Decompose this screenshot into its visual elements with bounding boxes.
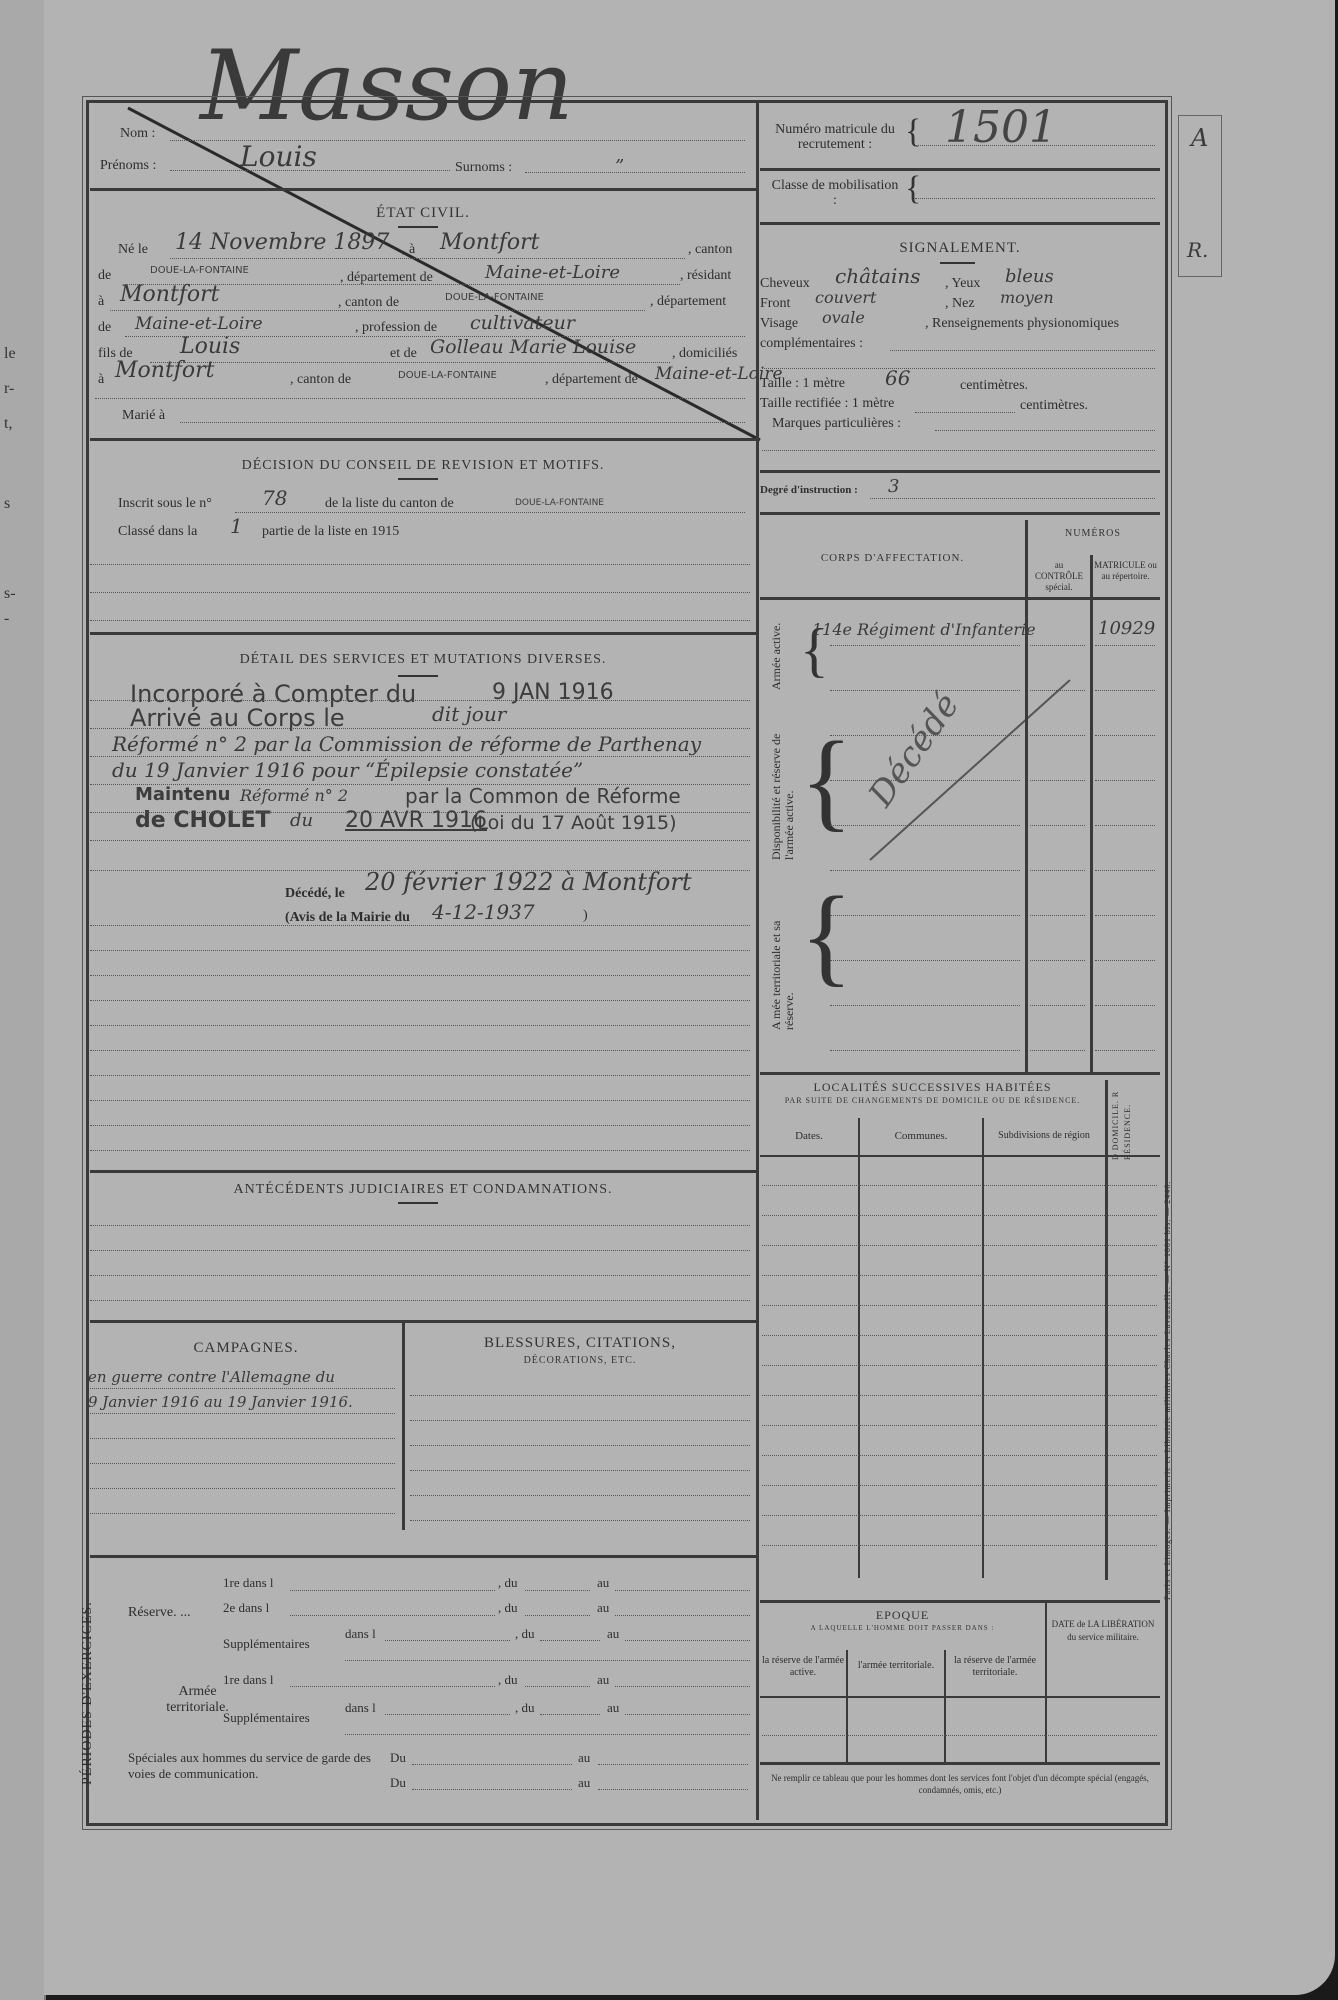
col-dates: Dates. <box>760 1130 858 1142</box>
profession-value: cultivateur <box>470 312 575 334</box>
classe-label: Classe de mobilisation : <box>770 178 900 208</box>
periode-du: , du <box>498 1672 518 1688</box>
col-communes: Communes. <box>860 1130 982 1142</box>
a3-label: à <box>98 372 104 388</box>
blessures-subtitle: DÉCORATIONS, ETC. <box>405 1355 755 1366</box>
etat-civil-title: ÉTAT CIVIL. <box>90 205 756 222</box>
index-tab: A R. <box>1178 115 1222 277</box>
prenoms-value: Louis <box>240 140 317 173</box>
centimetres-label: centimètres. <box>1020 398 1088 414</box>
centimetres-label: centimètres. <box>960 378 1028 394</box>
inscrit-value: 78 <box>262 486 287 510</box>
yeux-label: , Yeux <box>945 276 980 292</box>
localites-subtitle: PAR SUITE DE CHANGEMENTS DE DOMICILE OU … <box>760 1096 1105 1105</box>
nez-label: , Nez <box>945 296 975 312</box>
maintenu-label: Maintenu <box>135 784 230 805</box>
col-matricule-label: MATRICULE ou au répertoire. <box>1093 560 1158 582</box>
brace-icon: { <box>800 880 853 990</box>
maintenu-value: Réformé n° 2 <box>240 786 348 805</box>
column-divider <box>756 103 759 1820</box>
canton3-stamp: DOUE-LA-FONTAINE <box>398 370 497 381</box>
et-de-label: et de <box>390 346 417 362</box>
periode-au: au <box>597 1672 609 1688</box>
periode-au: au <box>607 1700 619 1716</box>
loi-label: (Loi du 17 Août 1915) <box>470 812 677 834</box>
matricule-label: Numéro matricule du recrutement : <box>770 122 900 152</box>
epoque-col-reserve-territoriale: la réserve de l'armée territoriale. <box>946 1655 1044 1679</box>
periode-au: au <box>597 1575 609 1591</box>
periode-au: au <box>597 1600 609 1616</box>
front-label: Front <box>760 296 790 312</box>
periode-sub: dans l <box>345 1626 376 1642</box>
decede-label: Décédé, le <box>285 886 345 902</box>
speciales-label: Spéciales aux hommes du service de garde… <box>128 1750 378 1782</box>
de2-label: de <box>98 320 111 336</box>
domicilies-label: , domiciliés <box>672 346 737 362</box>
a2-label: à <box>98 294 104 310</box>
brace-icon: { <box>905 172 921 206</box>
departement3-label: , département de <box>545 372 638 388</box>
services-title: DÉTAIL DES SERVICES ET MUTATIONS DIVERSE… <box>90 652 756 668</box>
epoque-note: Ne remplir ce tableau que pour les homme… <box>765 1772 1155 1796</box>
domicile-value: Montfort <box>115 358 215 383</box>
partie-label: partie de la liste en 1915 <box>262 524 399 540</box>
decision-title: DÉCISION DU CONSEIL DE REVISION ET MOTIF… <box>90 458 756 474</box>
periode-du: , du <box>515 1626 535 1642</box>
reforme-line2: du 19 Janvier 1916 pour “Épilepsie const… <box>112 758 583 782</box>
degre-instruction-label: Degré d'instruction : <box>760 484 858 496</box>
canton-de-label: , canton de <box>338 295 399 311</box>
profession-label: , profession de <box>355 320 437 336</box>
departement-value: Maine-et-Loire <box>485 262 620 283</box>
visage-value: ovale <box>822 308 865 327</box>
avis-value: 4-12-1937 <box>432 900 535 924</box>
epoque-title: EPOQUE <box>760 1608 1045 1623</box>
canton-stamp: DOUE-LA-FONTAINE <box>150 265 249 276</box>
corps-title: CORPS D'AFFECTATION. <box>760 552 1025 564</box>
departement2-value: Maine-et-Loire <box>135 314 263 334</box>
campagnes-line1: en guerre contre l'Allemagne du <box>88 1368 335 1386</box>
arrive-value: dit jour <box>432 702 506 726</box>
armee-active-matricule: 10929 <box>1098 618 1155 639</box>
front-value: couvert <box>815 288 876 307</box>
armee-active-value: 114e Régiment d'Infanterie <box>812 620 1036 639</box>
residant-label: , résidant <box>680 268 731 284</box>
marie-label: Marié à <box>122 408 165 424</box>
classe-dans-value: 1 <box>230 514 243 538</box>
avis-close: ) <box>583 908 588 924</box>
liste-canton-stamp: DOUE-LA-FONTAINE <box>515 498 604 508</box>
avis-label: (Avis de la Mairie du <box>285 910 410 926</box>
taille-label: Taille : 1 mètre <box>760 376 845 392</box>
brace-icon: { <box>905 115 921 149</box>
epoque-subtitle: A LAQUELLE L'HOMME DOIT PASSER DANS : <box>760 1624 1045 1632</box>
periode-row-label: Supplémentaires <box>223 1636 310 1652</box>
periode-du: , du <box>498 1600 518 1616</box>
classe-dans-label: Classé dans la <box>118 524 197 540</box>
incorpore-date: 9 JAN 1916 <box>492 680 614 705</box>
epoque-col-territoriale: l'armée territoriale. <box>848 1660 944 1672</box>
complementaires-label: complémentaires : <box>760 336 863 352</box>
campagnes-line2: 9 Janvier 1916 au 19 Janvier 1916. <box>88 1393 353 1411</box>
periodes-side-label: PÉRIODES D'EXERCICES. <box>80 1601 96 1785</box>
a-label: , à <box>402 242 415 258</box>
localites-title: LOCALITÉS SUCCESSIVES HABITÉES <box>760 1080 1105 1095</box>
periode-row-label: Du <box>390 1750 406 1766</box>
de-label: de <box>98 268 111 284</box>
visage-label: Visage <box>760 316 798 332</box>
disponibilite-label: Disponibilité et réserve de l'armée acti… <box>770 710 796 860</box>
cholet-du: du <box>290 810 313 831</box>
yeux-value: bleus <box>1005 266 1054 287</box>
col-subdivisions: Subdivisions de région <box>984 1130 1104 1141</box>
liste-label: de la liste du canton de <box>325 496 454 512</box>
tab-letter-a: A <box>1191 124 1208 152</box>
surnoms-value: ” <box>615 156 624 177</box>
taille-value: 66 <box>885 366 910 390</box>
ne-le-label: Né le <box>118 242 148 258</box>
commission-label: par la Common de Réforme <box>405 784 681 808</box>
canton-label: , canton <box>688 242 732 258</box>
printer-imprint: Paris et Limoges. — Imprimerie et Librai… <box>1163 1181 1172 1600</box>
antecedents-title: ANTÉCÉDENTS JUDICIAIRES ET CONDAMNATIONS… <box>90 1182 756 1198</box>
epoque-col-reserve-active: la réserve de l'armée active. <box>760 1655 846 1679</box>
birth-place: Montfort <box>440 230 540 255</box>
cheveux-value: châtains <box>835 264 921 288</box>
nom-label: Nom : <box>120 126 155 142</box>
periode-sub: dans l <box>345 1700 376 1716</box>
armee-territoriale-label: A mée territoriale et sa réserve. <box>770 890 796 1030</box>
degre-instruction-value: 3 <box>888 476 899 497</box>
reserve-label: Réserve. ... <box>128 1605 191 1621</box>
marques-label: Marques particulières : <box>772 416 901 432</box>
birth-date: 14 Novembre 1897 <box>175 230 389 255</box>
mother-name: Golleau Marie Louise <box>430 336 636 358</box>
periode-row-label: Du <box>390 1775 406 1791</box>
renseignements-label: , Renseignements physionomiques <box>925 316 1119 332</box>
domicile-residence-label: D DOMICILE. R RÉSIDENCE. <box>1110 1070 1134 1160</box>
prenoms-label: Prénoms : <box>100 158 156 174</box>
periode-au: au <box>578 1775 590 1791</box>
inscrit-label: Inscrit sous le n° <box>118 496 212 512</box>
taille-rectifiee-label: Taille rectifiée : 1 mètre <box>760 396 894 412</box>
armee-active-label: Armée active. <box>770 610 783 690</box>
campagnes-title: CAMPAGNES. <box>90 1340 402 1357</box>
periode-row-label: Supplémentaires <box>223 1710 310 1726</box>
canton2-stamp: DOUE-LA-FONTAINE <box>445 292 544 303</box>
periode-au: au <box>578 1750 590 1766</box>
col-controle-label: au CONTRÔLE spécial. <box>1030 560 1088 593</box>
numeros-title: NUMÉROS <box>1028 528 1158 539</box>
periode-du: , du <box>498 1575 518 1591</box>
blessures-title: BLESSURES, CITATIONS, <box>405 1335 755 1352</box>
reforme-line1: Réformé n° 2 par la Commission de réform… <box>112 732 701 756</box>
periode-au: au <box>607 1626 619 1642</box>
residence-value: Montfort <box>120 282 220 307</box>
father-name: Louis <box>180 334 240 359</box>
date-liberation-title: DATE de LA LIBÉRATION du service militai… <box>1048 1618 1158 1644</box>
nez-value: moyen <box>1000 288 1054 307</box>
signalement-title: SIGNALEMENT. <box>760 240 1160 257</box>
periode-row-label: 2e dans l <box>223 1600 269 1616</box>
surnoms-label: Surnoms : <box>455 160 512 176</box>
departement2-label: , département <box>650 294 726 310</box>
periode-du: , du <box>515 1700 535 1716</box>
tab-letter-r: R. <box>1187 238 1208 262</box>
periode-row-label: 1re dans l <box>223 1575 274 1591</box>
canton3-label: , canton de <box>290 372 351 388</box>
periode-row-label: 1re dans l <box>223 1672 274 1688</box>
decede-value: 20 février 1922 à Montfort <box>365 868 691 896</box>
cheveux-label: Cheveux <box>760 276 810 292</box>
